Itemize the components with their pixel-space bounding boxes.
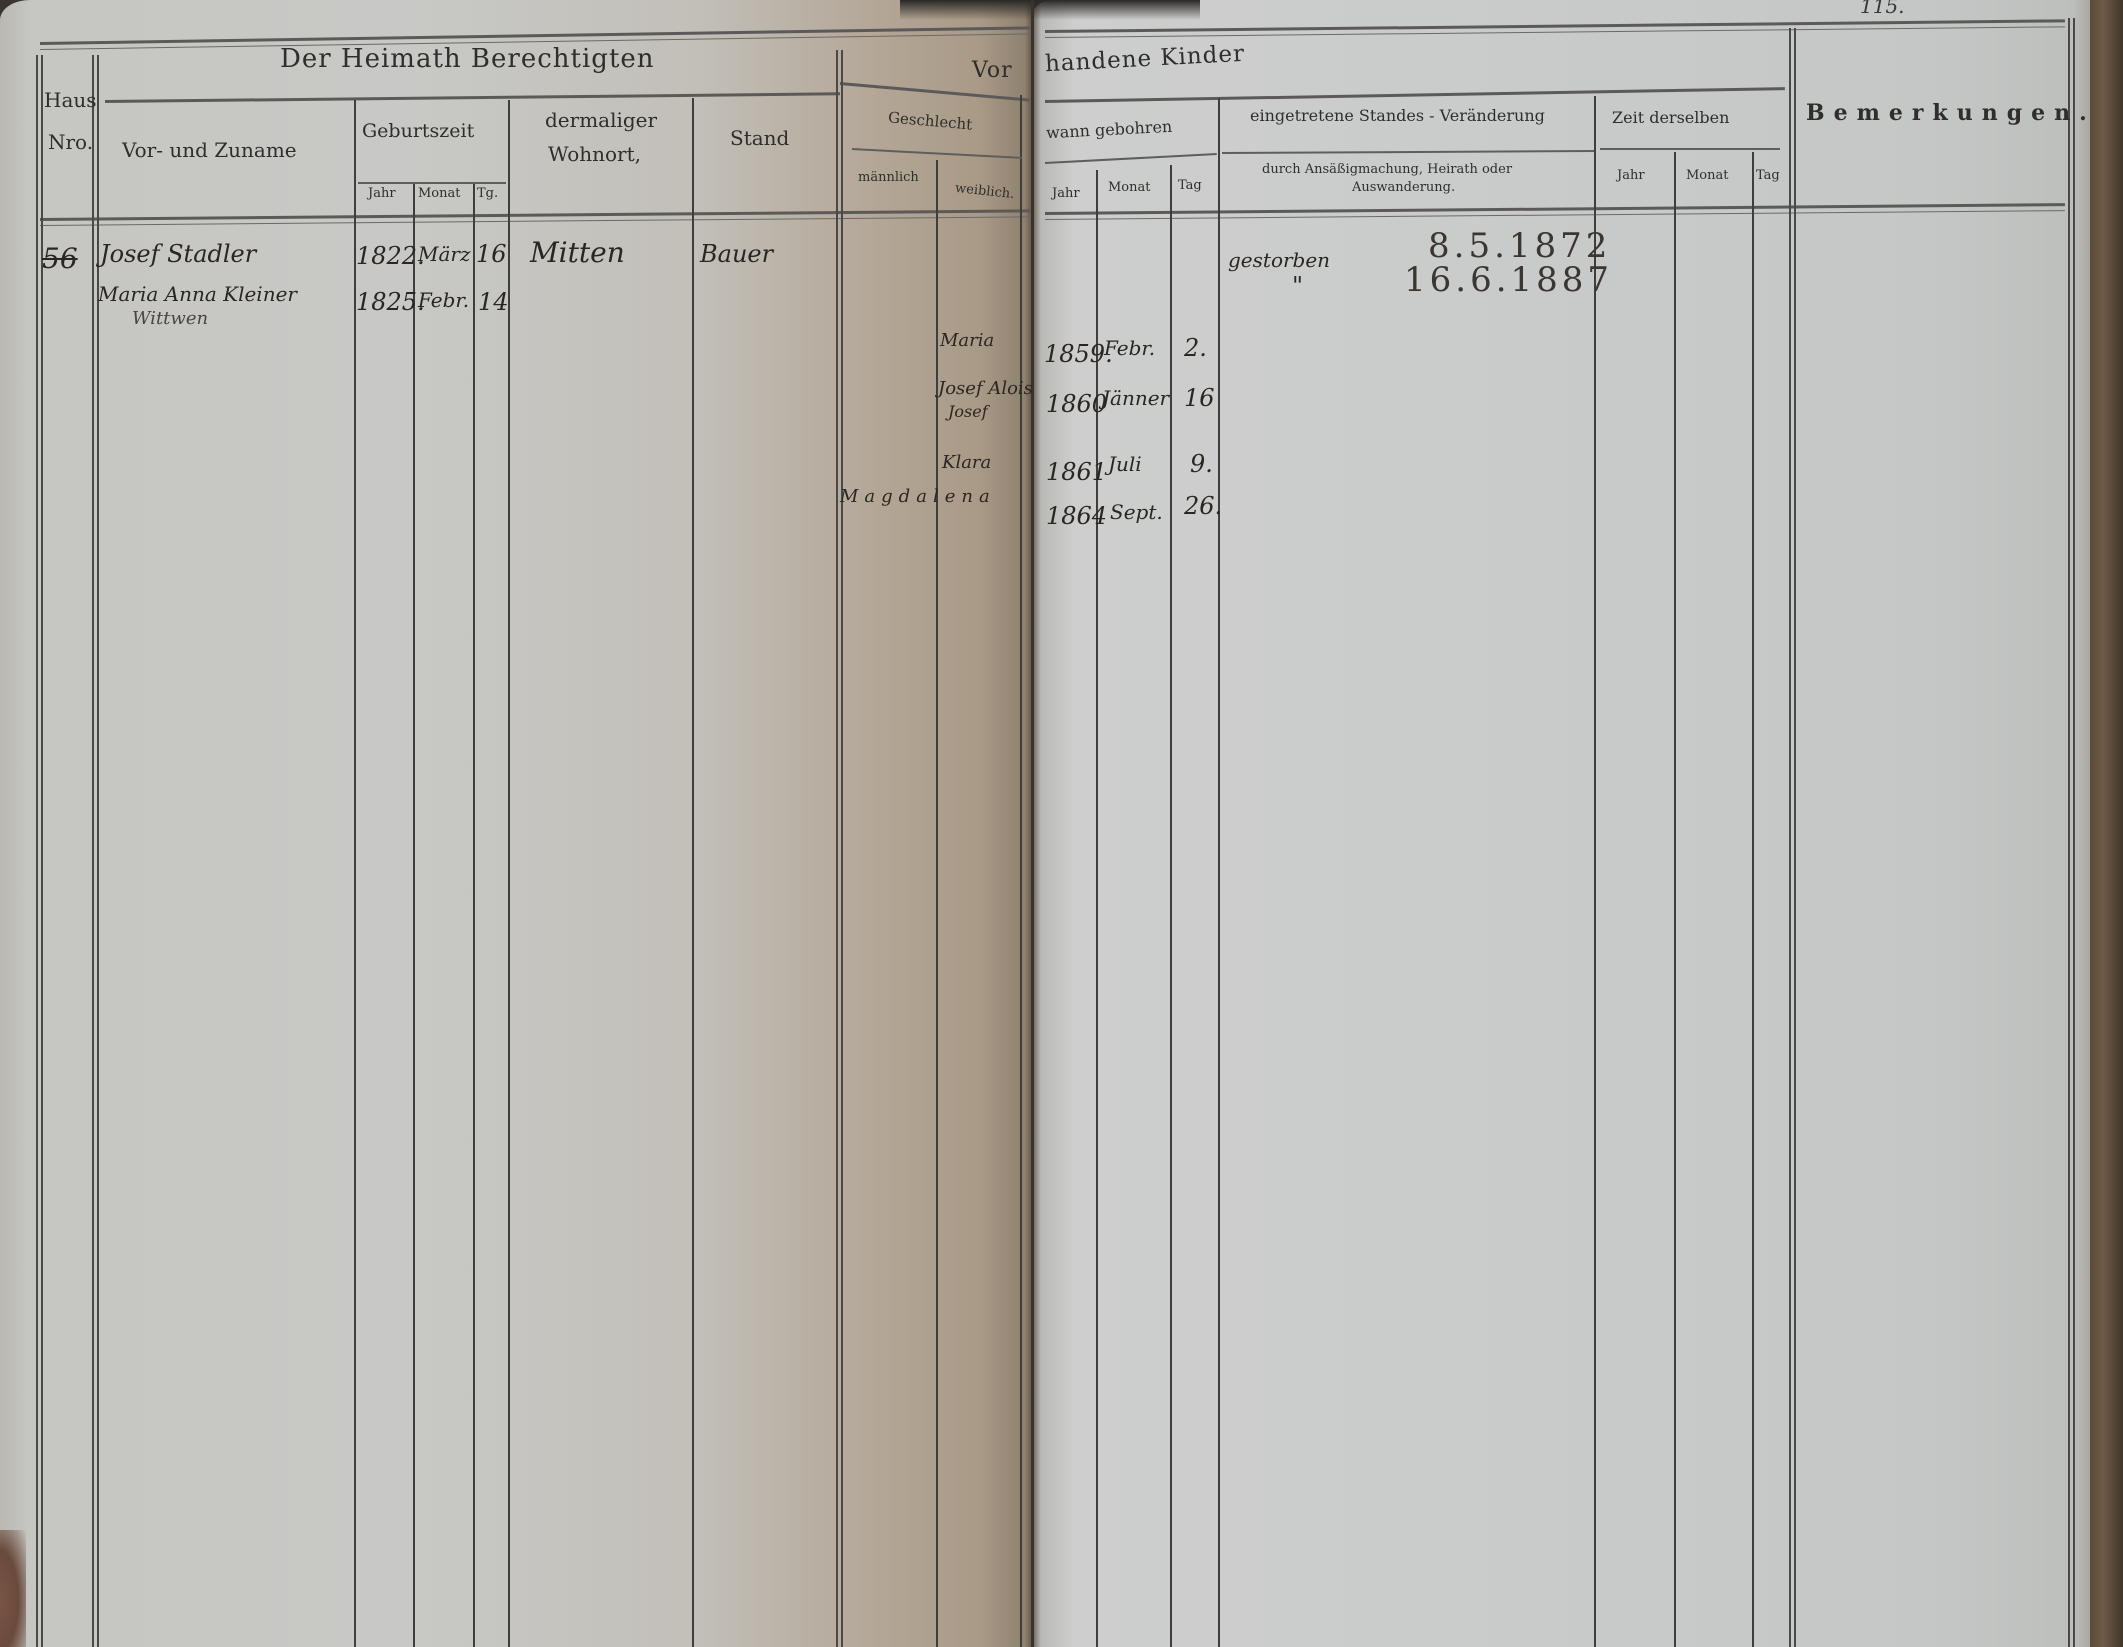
maennlich-header: männlich (858, 170, 919, 185)
col-standes-right (1594, 96, 1596, 1647)
child-1-name: Maria (940, 330, 994, 351)
child-2-name: Josef Alois (938, 378, 1033, 399)
standes-header-line2: durch Ansäßigmachung, Heirath oder (1262, 162, 1512, 177)
zeit-tag-header: Tag (1756, 168, 1780, 183)
col-wohnort-right (692, 98, 694, 1647)
child-3-day: 9. (1190, 450, 1213, 478)
parent-2-birth-day: 14 (478, 288, 509, 316)
parent-1-name: Josef Stadler (100, 240, 256, 268)
col-geb-jahr-right (413, 182, 415, 1647)
child-4-year: 1864 (1046, 502, 1107, 530)
parent-2-birth-month: Febr. (418, 288, 469, 312)
left-title: Der Heimath Berechtigten (280, 44, 655, 74)
col-geb-monat-right (473, 182, 475, 1647)
wohnort-header-line1: dermaliger (545, 108, 657, 132)
col-bemerkungen-right (2068, 18, 2070, 1647)
wohnort-header-line2: Wohnort, (548, 142, 641, 166)
child-2-year: 1860 (1046, 390, 1107, 418)
col-kind-monat-right (1170, 165, 1172, 1647)
standes-header-line3: Auswanderung. (1352, 180, 1455, 195)
child-1-month: Febr. (1104, 336, 1155, 360)
parent-1-stand: Bauer (700, 240, 773, 268)
child-2-name-line2: Josef (948, 402, 988, 421)
parent-2-birth-year: 1825. (356, 288, 425, 316)
zeit-sub-rule (1600, 148, 1780, 150)
geb-jahr-header: Jahr (368, 186, 396, 201)
col-weiblich-right (1020, 95, 1022, 1647)
child-4-month: Sept. (1110, 500, 1163, 524)
col-zeit-jahr-right (1674, 152, 1676, 1647)
child-3-year: 1861 (1046, 458, 1107, 486)
col-haus-right (92, 55, 94, 1647)
child-1-year: 1859. (1044, 340, 1113, 368)
child-2-month: Jänner (1102, 386, 1169, 410)
zeit-monat-header: Monat (1686, 168, 1729, 183)
bemerkungen-header: Bemerkungen. (1806, 100, 2096, 126)
kind-tag-header: Tag (1178, 178, 1202, 193)
kind-monat-header: Monat (1108, 180, 1151, 195)
parent-2-name-line2: Wittwen (132, 308, 208, 329)
spread-title-vor: Vor (972, 58, 1013, 83)
col-zeit-tag-right (1789, 28, 1791, 1647)
child-4-day: 26. (1184, 492, 1222, 520)
col-kind-tag-right (1218, 98, 1220, 1647)
geburtszeit-sub-rule (358, 182, 506, 184)
col-left-border (36, 55, 38, 1647)
page-number: 115. (1860, 0, 1905, 18)
zeit-jahr-header: Jahr (1617, 168, 1645, 183)
col-name-right (354, 100, 356, 1647)
parent-2-name: Maria Anna Kleiner (98, 282, 297, 306)
kind-jahr-header: Jahr (1052, 186, 1080, 201)
child-4-name: Magdalena (840, 486, 996, 507)
col-geb-tag-right (508, 100, 510, 1647)
haus-number: 56 (42, 242, 78, 275)
spine-line (1031, 0, 1034, 1647)
parent-2-status-ditto: " (1292, 272, 1303, 300)
stand-header: Stand (730, 126, 789, 150)
name-column-header: Vor- und Zuname (122, 138, 297, 162)
haus-label: Haus (44, 88, 97, 112)
zeit-derselben-header: Zeit derselben (1612, 108, 1729, 127)
standes-header-line1: eingetretene Standes - Veränderung (1250, 106, 1545, 125)
child-3-month: Juli (1108, 452, 1142, 476)
geburtszeit-header: Geburtszeit (362, 120, 474, 142)
parent-2-status-date: 16.6.1887 (1404, 260, 1613, 300)
col-stand-right (836, 50, 838, 1647)
spine-shadow (900, 0, 1200, 20)
nro-label: Nro. (48, 130, 93, 154)
child-1-day: 2. (1184, 334, 1207, 362)
parent-1-status: gestorben (1228, 248, 1330, 272)
geb-tag-header: Tg. (477, 186, 498, 201)
parent-1-birth-day: 16 (476, 240, 507, 268)
finger-holding-page (0, 1530, 26, 1647)
parent-1-birth-month: März (418, 242, 471, 266)
child-2-day: 16 (1184, 384, 1215, 412)
parent-1-wohnort: Mitten (530, 236, 625, 269)
table-edge (2090, 0, 2123, 1647)
parent-1-birth-year: 1822. (356, 242, 425, 270)
col-zeit-monat-right (1752, 152, 1754, 1647)
child-3-name: Klara (942, 452, 991, 473)
geb-monat-header: Monat (418, 186, 461, 201)
